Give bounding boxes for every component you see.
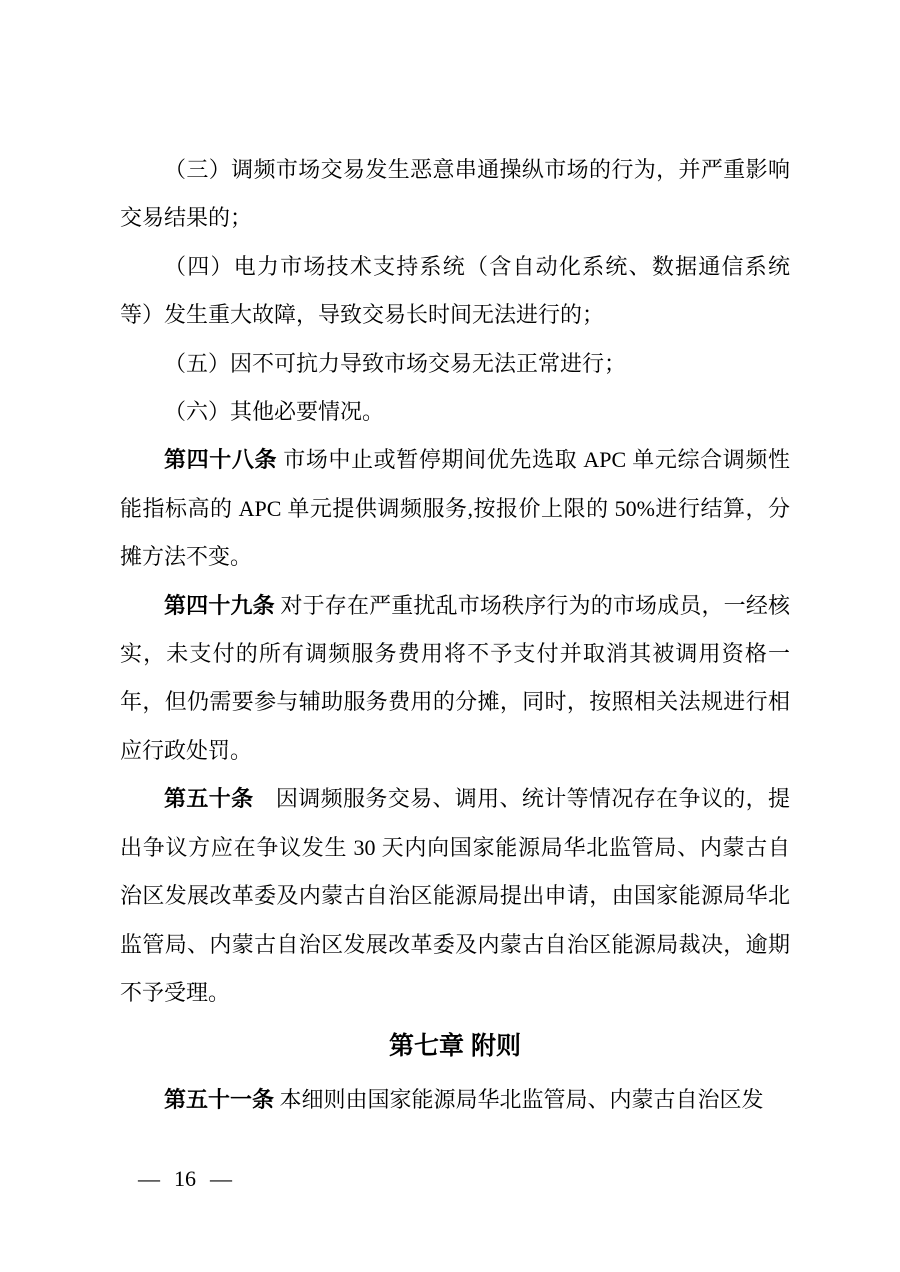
footer-right-dash: — <box>210 1166 232 1191</box>
paragraph-item-6: （六）其他必要情况。 <box>120 388 790 436</box>
paragraph-text: （六）其他必要情况。 <box>164 399 384 424</box>
paragraph-article-48: 第四十八条 市场中止或暂停期间优先选取 APC 单元综合调频性能指标高的 APC… <box>120 436 790 581</box>
paragraph-article-51: 第五十一条 本细则由国家能源局华北监管局、内蒙古自治区发 <box>120 1076 790 1124</box>
paragraph-article-50: 第五十条 因调频服务交易、调用、统计等情况存在争议的，提出争议方应在争议发生 3… <box>120 775 790 1017</box>
paragraph-text: （四）电力市场技术支持系统（含自动化系统、数据通信系统等）发生重大故障，导致交易… <box>120 254 790 327</box>
chapter-heading: 第七章 附则 <box>120 1022 790 1070</box>
paragraph-article-49: 第四十九条 对于存在严重扰乱市场秩序行为的市场成员，一经核实，未支付的所有调频服… <box>120 582 790 776</box>
document-body: （三）调频市场交易发生恶意串通操纵市场的行为，并严重影响交易结果的； （四）电力… <box>120 146 790 1124</box>
paragraph-text: （三）调频市场交易发生恶意串通操纵市场的行为，并严重影响交易结果的； <box>120 157 790 230</box>
article-number: 第四十九条 <box>164 593 275 618</box>
paragraph-item-5: （五）因不可抗力导致市场交易无法正常进行； <box>120 340 790 388</box>
paragraph-text: 本细则由国家能源局华北监管局、内蒙古自治区发 <box>274 1087 764 1112</box>
page-footer: —16— <box>138 1166 232 1192</box>
page-number: 16 <box>174 1166 196 1191</box>
document-page: （三）调频市场交易发生恶意串通操纵市场的行为，并严重影响交易结果的； （四）电力… <box>0 0 900 1272</box>
paragraph-item-4: （四）电力市场技术支持系统（含自动化系统、数据通信系统等）发生重大故障，导致交易… <box>120 243 790 340</box>
paragraph-text: 因调频服务交易、调用、统计等情况存在争议的，提出争议方应在争议发生 30 天内向… <box>120 786 790 1005</box>
article-number: 第四十八条 <box>164 447 277 472</box>
article-number: 第五十一条 <box>164 1087 274 1112</box>
paragraph-item-3: （三）调频市场交易发生恶意串通操纵市场的行为，并严重影响交易结果的； <box>120 146 790 243</box>
article-number: 第五十条 <box>164 786 253 811</box>
paragraph-text: 对于存在严重扰乱市场秩序行为的市场成员，一经核实，未支付的所有调频服务费用将不予… <box>120 593 790 763</box>
paragraph-text: （五）因不可抗力导致市场交易无法正常进行； <box>164 351 626 376</box>
footer-left-dash: — <box>138 1166 160 1191</box>
